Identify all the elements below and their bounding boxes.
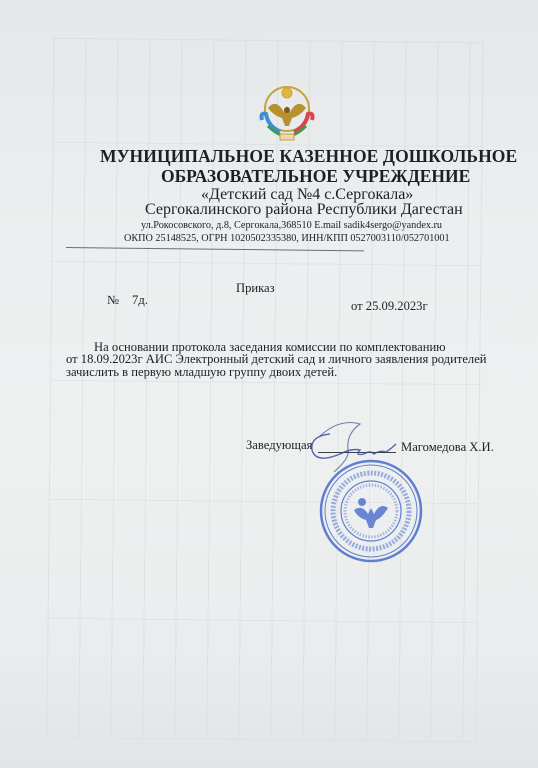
body-text-line3: зачислить в первую младшую группу двоих …: [66, 365, 337, 380]
number-sign: №: [107, 293, 119, 307]
district-line: Сергокалинского района Республики Дагест…: [145, 201, 538, 219]
registration-codes: ОКПО 25148525, ОГРН 1020502335380, ИНН/К…: [124, 233, 538, 244]
handwritten-signature: [300, 414, 410, 474]
organization-title-line2: ОБРАЗОВАТЕЛЬНОЕ УЧРЕЖДЕНИЕ: [161, 166, 538, 187]
organization-title-line1: МУНИЦИПАЛЬНОЕ КАЗЕННОЕ ДОШКОЛЬНОЕ: [100, 146, 538, 167]
address-line: ул.Рокосовского, д.8, Сергокала,368510 E…: [141, 220, 538, 231]
order-date: от 25.09.2023г: [351, 299, 428, 314]
signatory-name: Магомедова Х.И.: [401, 440, 494, 455]
order-title: Приказ: [236, 281, 275, 296]
order-number: №7д.: [107, 293, 148, 308]
photo-shadow: [0, 648, 538, 768]
paper-sheet: МУНИЦИПАЛЬНОЕ КАЗЕННОЕ ДОШКОЛЬНОЕ ОБРАЗО…: [0, 0, 538, 768]
order-number-value: 7д.: [132, 293, 148, 307]
dagestan-coat-of-arms-icon: [258, 82, 316, 146]
